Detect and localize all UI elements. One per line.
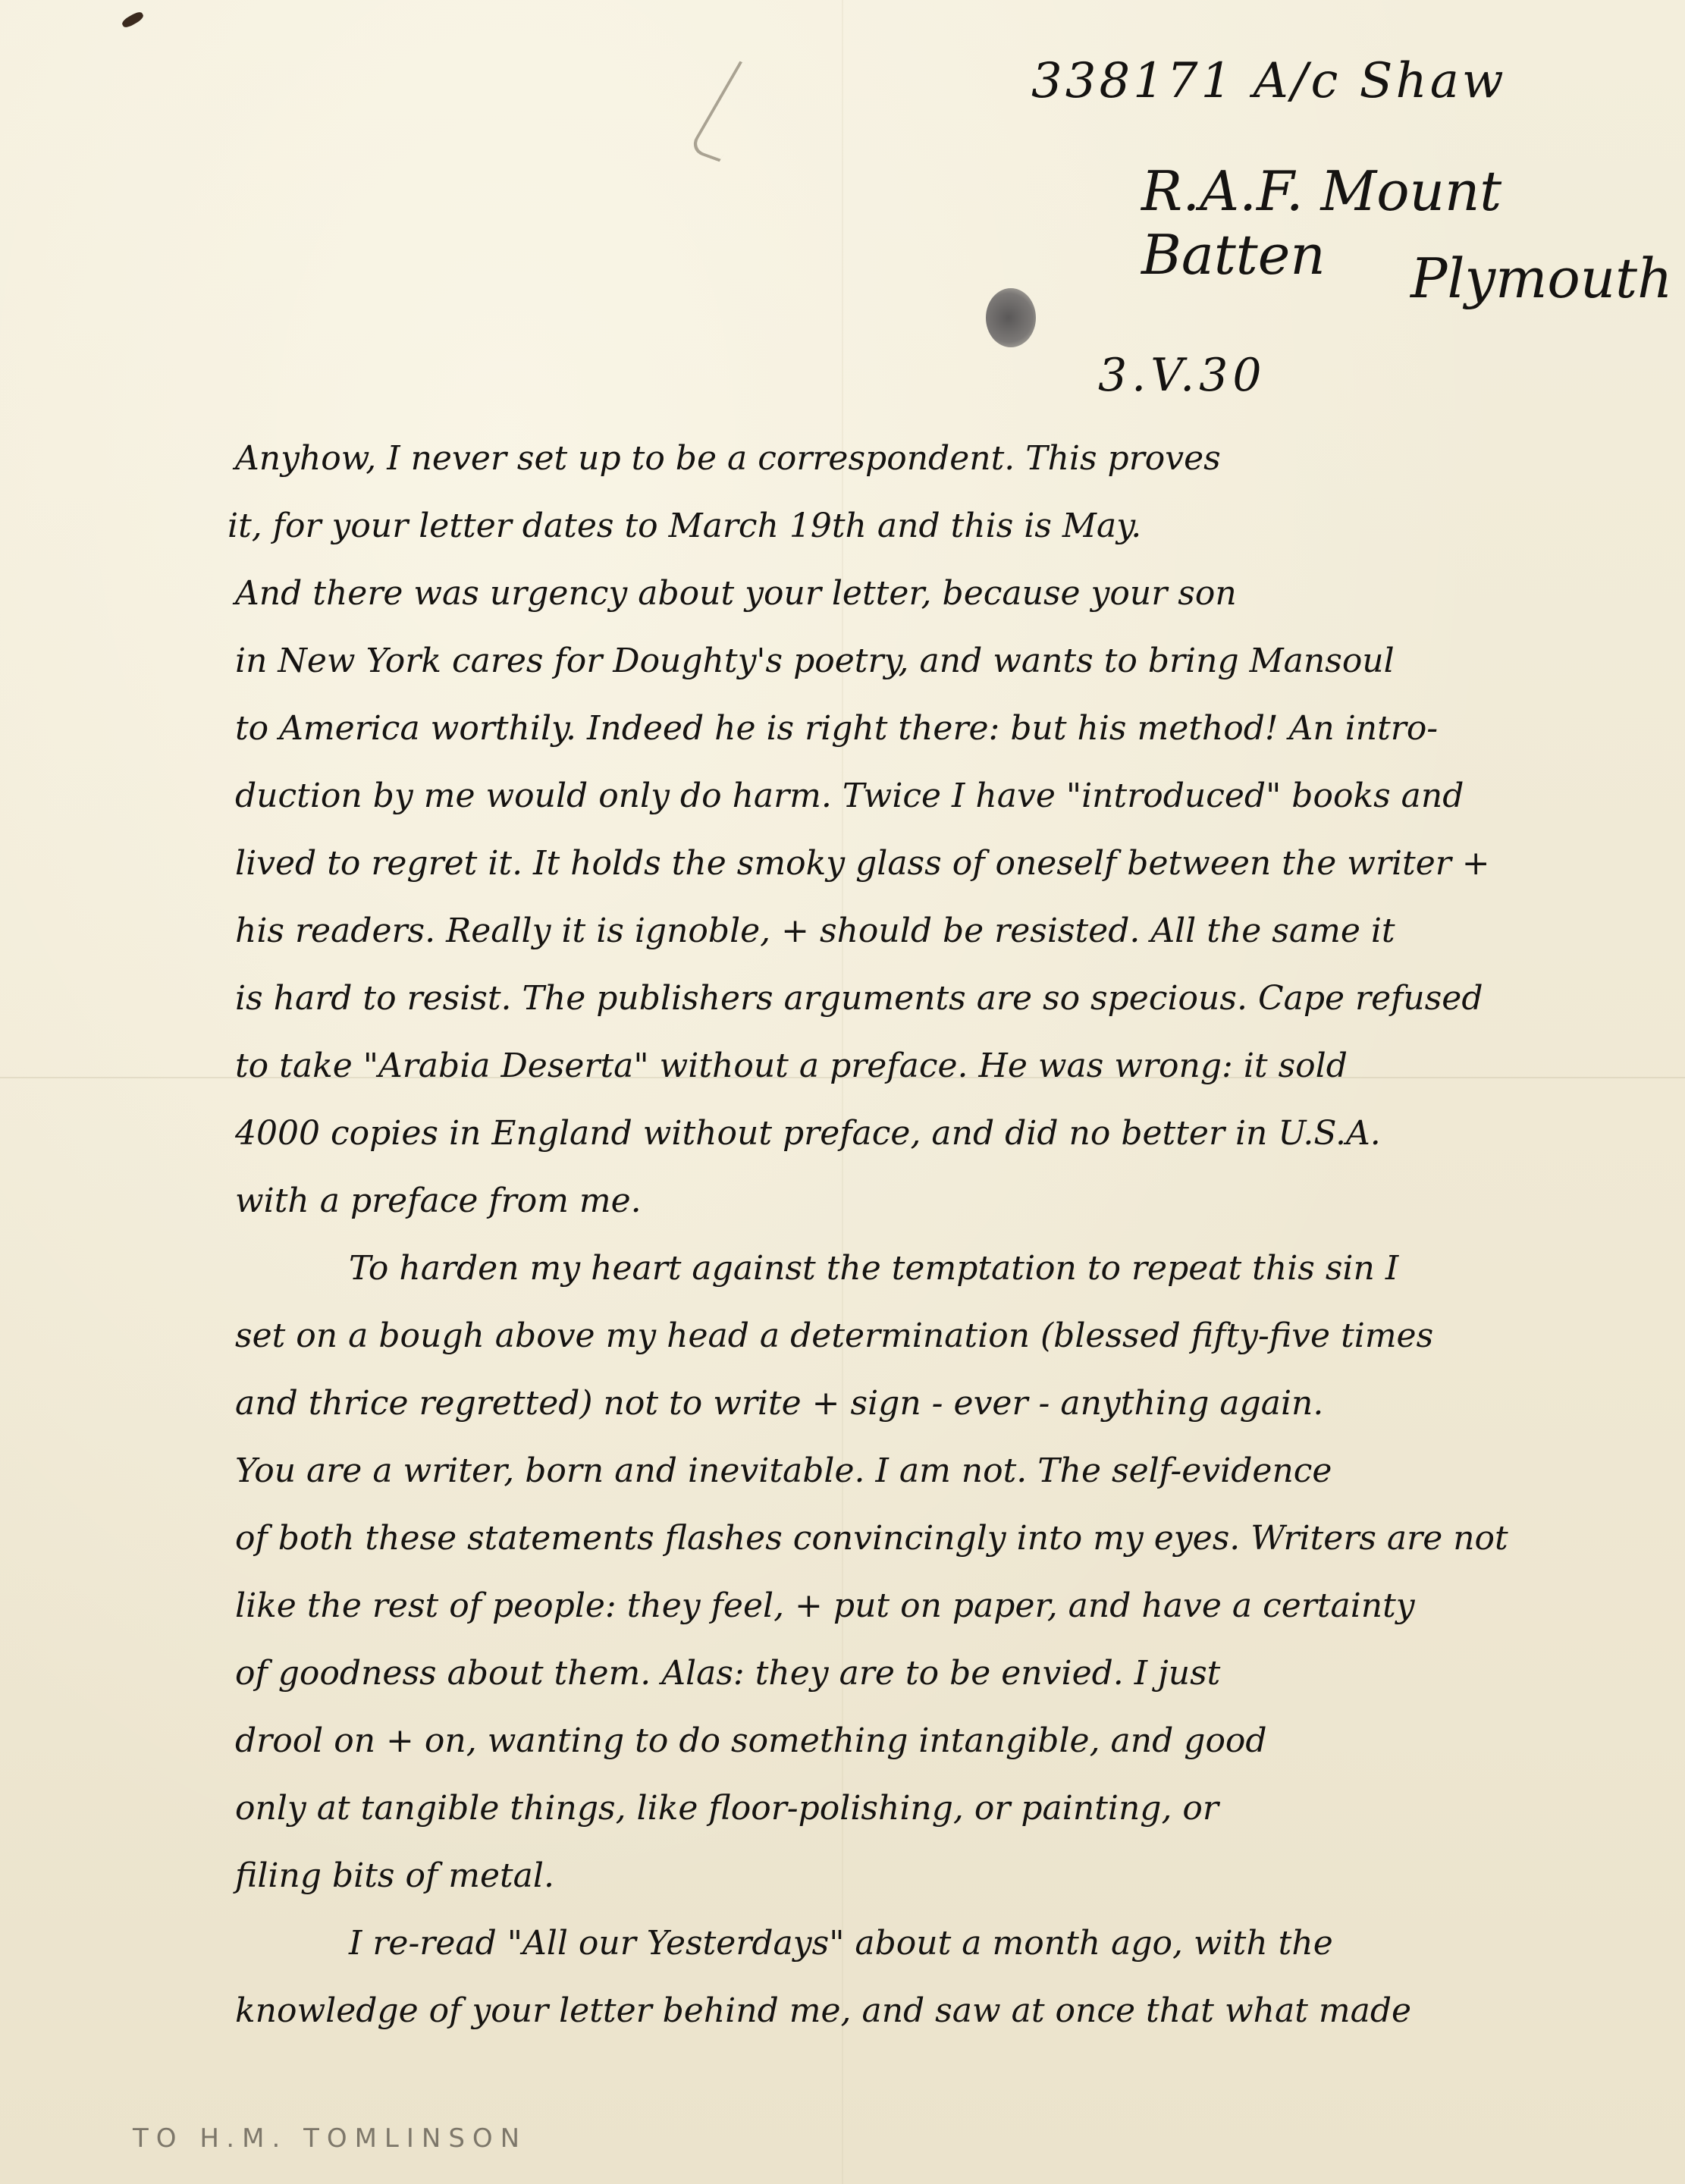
body-line: knowledge of your letter behind me, and … [235,1977,1661,2044]
town-address: Plymouth [1410,246,1672,310]
letter-body: Anyhow, I never set up to be a correspon… [235,425,1661,2044]
body-line: is hard to resist. The publishers argume… [235,965,1661,1032]
body-line: Anyhow, I never set up to be a correspon… [235,425,1661,492]
body-line: like the rest of people: they feel, + pu… [235,1572,1661,1640]
body-line: You are a writer, born and inevitable. I… [235,1437,1661,1505]
ink-blot [986,288,1036,347]
body-line: to take "Arabia Deserta" without a prefa… [235,1032,1661,1100]
body-line: drool on + on, wanting to do something i… [235,1707,1661,1774]
body-line: filing bits of metal. [235,1842,1661,1909]
body-line: 4000 copies in England without preface, … [235,1100,1661,1167]
body-line: to America worthily. Indeed he is right … [235,695,1661,762]
body-line-paragraph-start: I re-read "All our Yesterdays" about a m… [235,1909,1661,1977]
body-line: it, for your letter dates to March 19th … [227,492,1661,560]
body-line: his readers. Really it is ignoble, + sho… [235,897,1661,965]
recipient-annotation: TO H.M. TOMLINSON [133,2123,527,2154]
body-line: with a preface from me. [235,1167,1661,1235]
body-line: only at tangible things, like floor-poli… [235,1774,1661,1842]
body-line: and thrice regretted) not to write + sig… [235,1370,1661,1437]
body-line: in New York cares for Doughty's poetry, … [235,627,1661,695]
body-line: And there was urgency about your letter,… [235,560,1661,627]
body-line-paragraph-start: To harden my heart against the temptatio… [235,1235,1661,1302]
body-line: of both these statements flashes convinc… [235,1505,1661,1572]
body-line: set on a bough above my head a determina… [235,1302,1661,1370]
service-number-name: 338171 A/c Shaw [1031,53,1507,109]
body-line: duction by me would only do harm. Twice … [235,762,1661,830]
letter-date: 3.V.30 [1098,349,1266,402]
body-line: lived to regret it. It holds the smoky g… [235,830,1661,897]
body-line: of goodness about them. Alas: they are t… [235,1640,1661,1707]
